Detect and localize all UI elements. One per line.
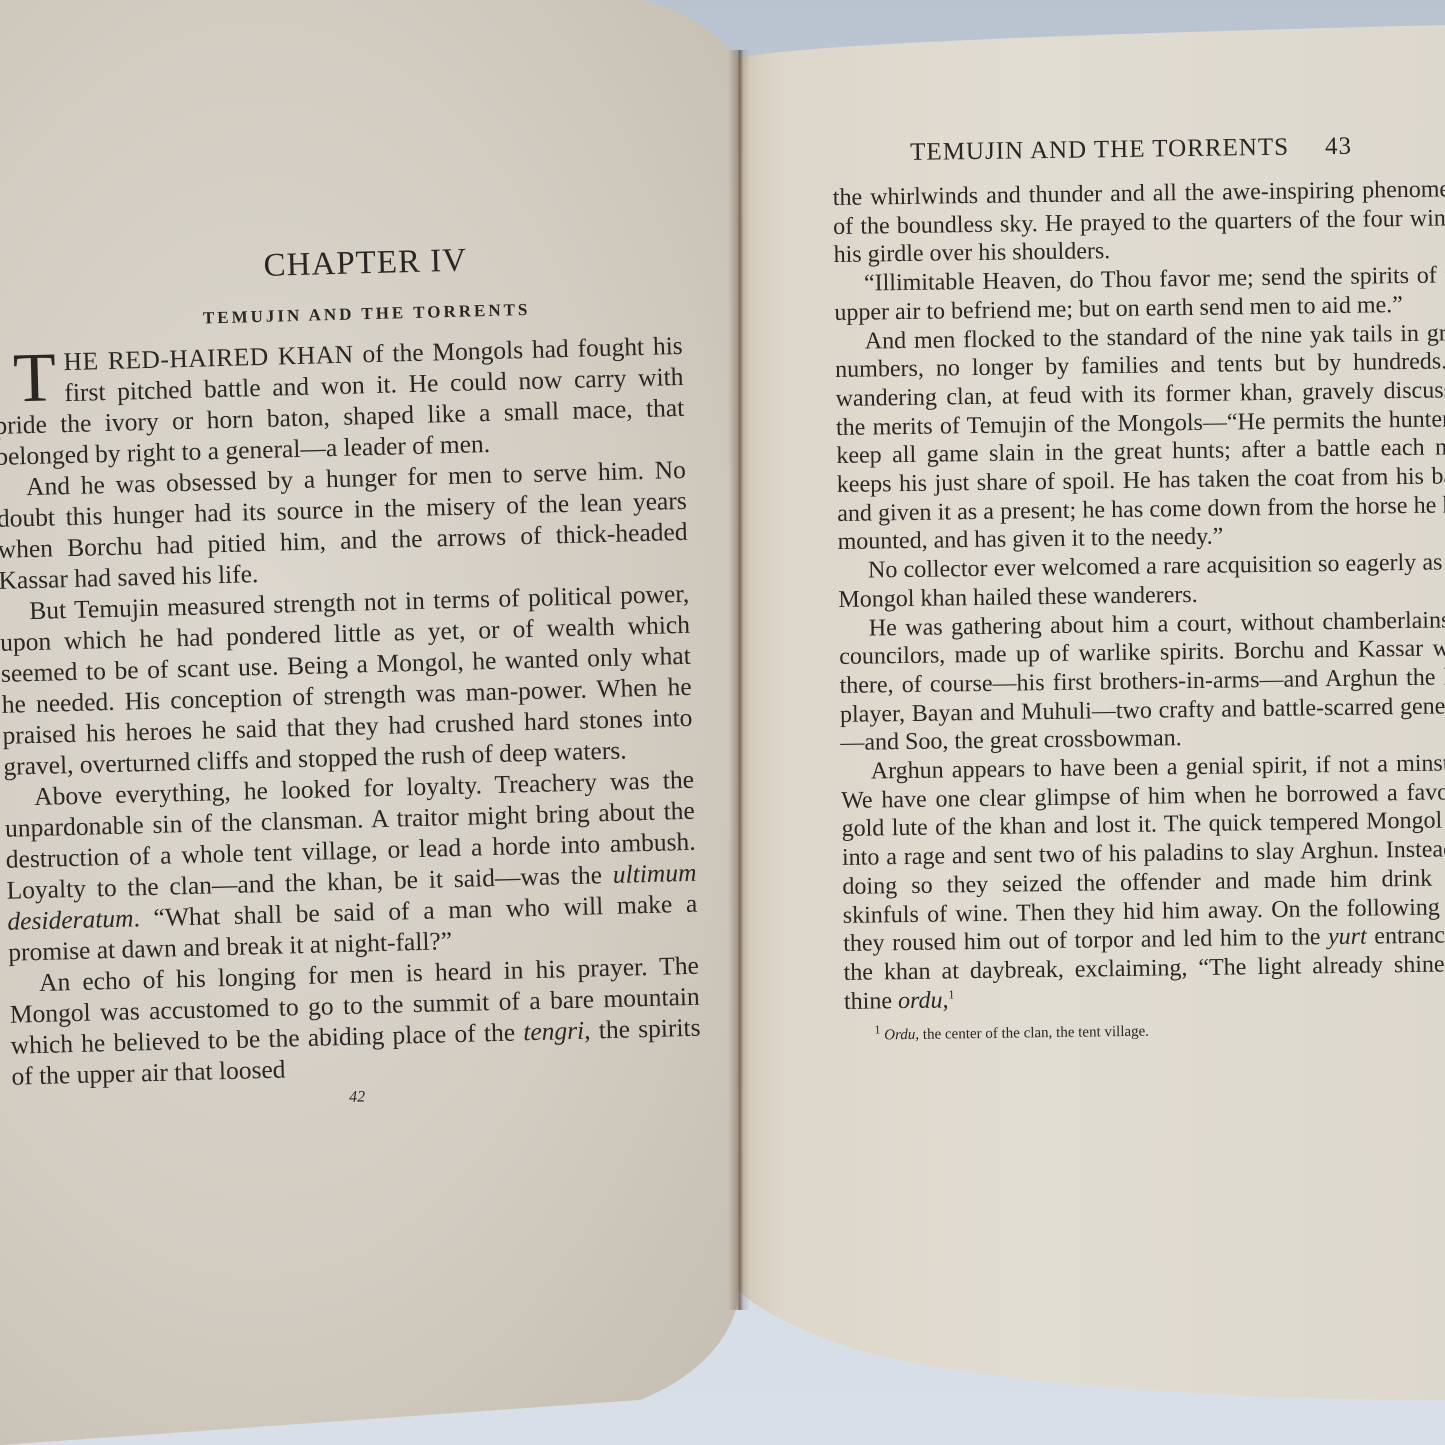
footnote-term: Ordu (884, 1027, 915, 1043)
paragraph: the whirlwinds and thunder and all the a… (833, 175, 1445, 270)
footnote-marker: 1 (874, 1023, 880, 1037)
opening-smallcaps: HE RED-HAIRED KHAN (63, 340, 354, 377)
italic-word: yurt (1328, 924, 1367, 951)
footnote-reference: 1 (948, 987, 954, 1001)
paragraph: “Illimitable Heaven, do Thou favor me; s… (834, 261, 1445, 327)
paragraph: An echo of his longing for men is heard … (9, 950, 702, 1092)
paragraph: He was gathering about him a court, with… (839, 606, 1445, 758)
page-number-right: 43 (1325, 133, 1352, 160)
left-body-text: THE RED-HAIRED KHAN of the Mongols had f… (0, 330, 702, 1092)
paragraph: Above everything, he looked for loyalty.… (4, 764, 699, 968)
left-page: CHAPTER IV TEMUJIN AND THE TORRENTS THE … (0, 0, 738, 1445)
right-page-text-block: TEMUJIN AND THE TORRENTS43 the whirlwind… (832, 131, 1445, 1046)
italic-phrase: tengri (523, 1016, 585, 1047)
paragraph: THE RED-HAIRED KHAN of the Mongols had f… (0, 330, 685, 472)
drop-cap: T (12, 348, 56, 409)
chapter-subtitle: TEMUJIN AND THE TORRENTS (0, 296, 682, 334)
running-head-title: TEMUJIN AND THE TORRENTS (910, 134, 1289, 166)
book-gutter (728, 50, 750, 1310)
paragraph: And he was obsessed by a hunger for men … (0, 454, 689, 596)
paragraph: But Temujin measured strength not in ter… (0, 578, 694, 782)
footnote-text: , the center of the clan, the tent villa… (915, 1024, 1149, 1043)
italic-word: ordu (898, 987, 943, 1014)
left-page-text-block: CHAPTER IV TEMUJIN AND THE TORRENTS THE … (0, 237, 702, 1116)
paragraph: Arghun appears to have been a genial spi… (841, 749, 1445, 1016)
chapter-title: CHAPTER IV (0, 237, 681, 292)
paragraph: No collector ever welcomed a rare acquis… (838, 548, 1445, 614)
paragraph: And men flocked to the standard of the n… (835, 319, 1445, 558)
